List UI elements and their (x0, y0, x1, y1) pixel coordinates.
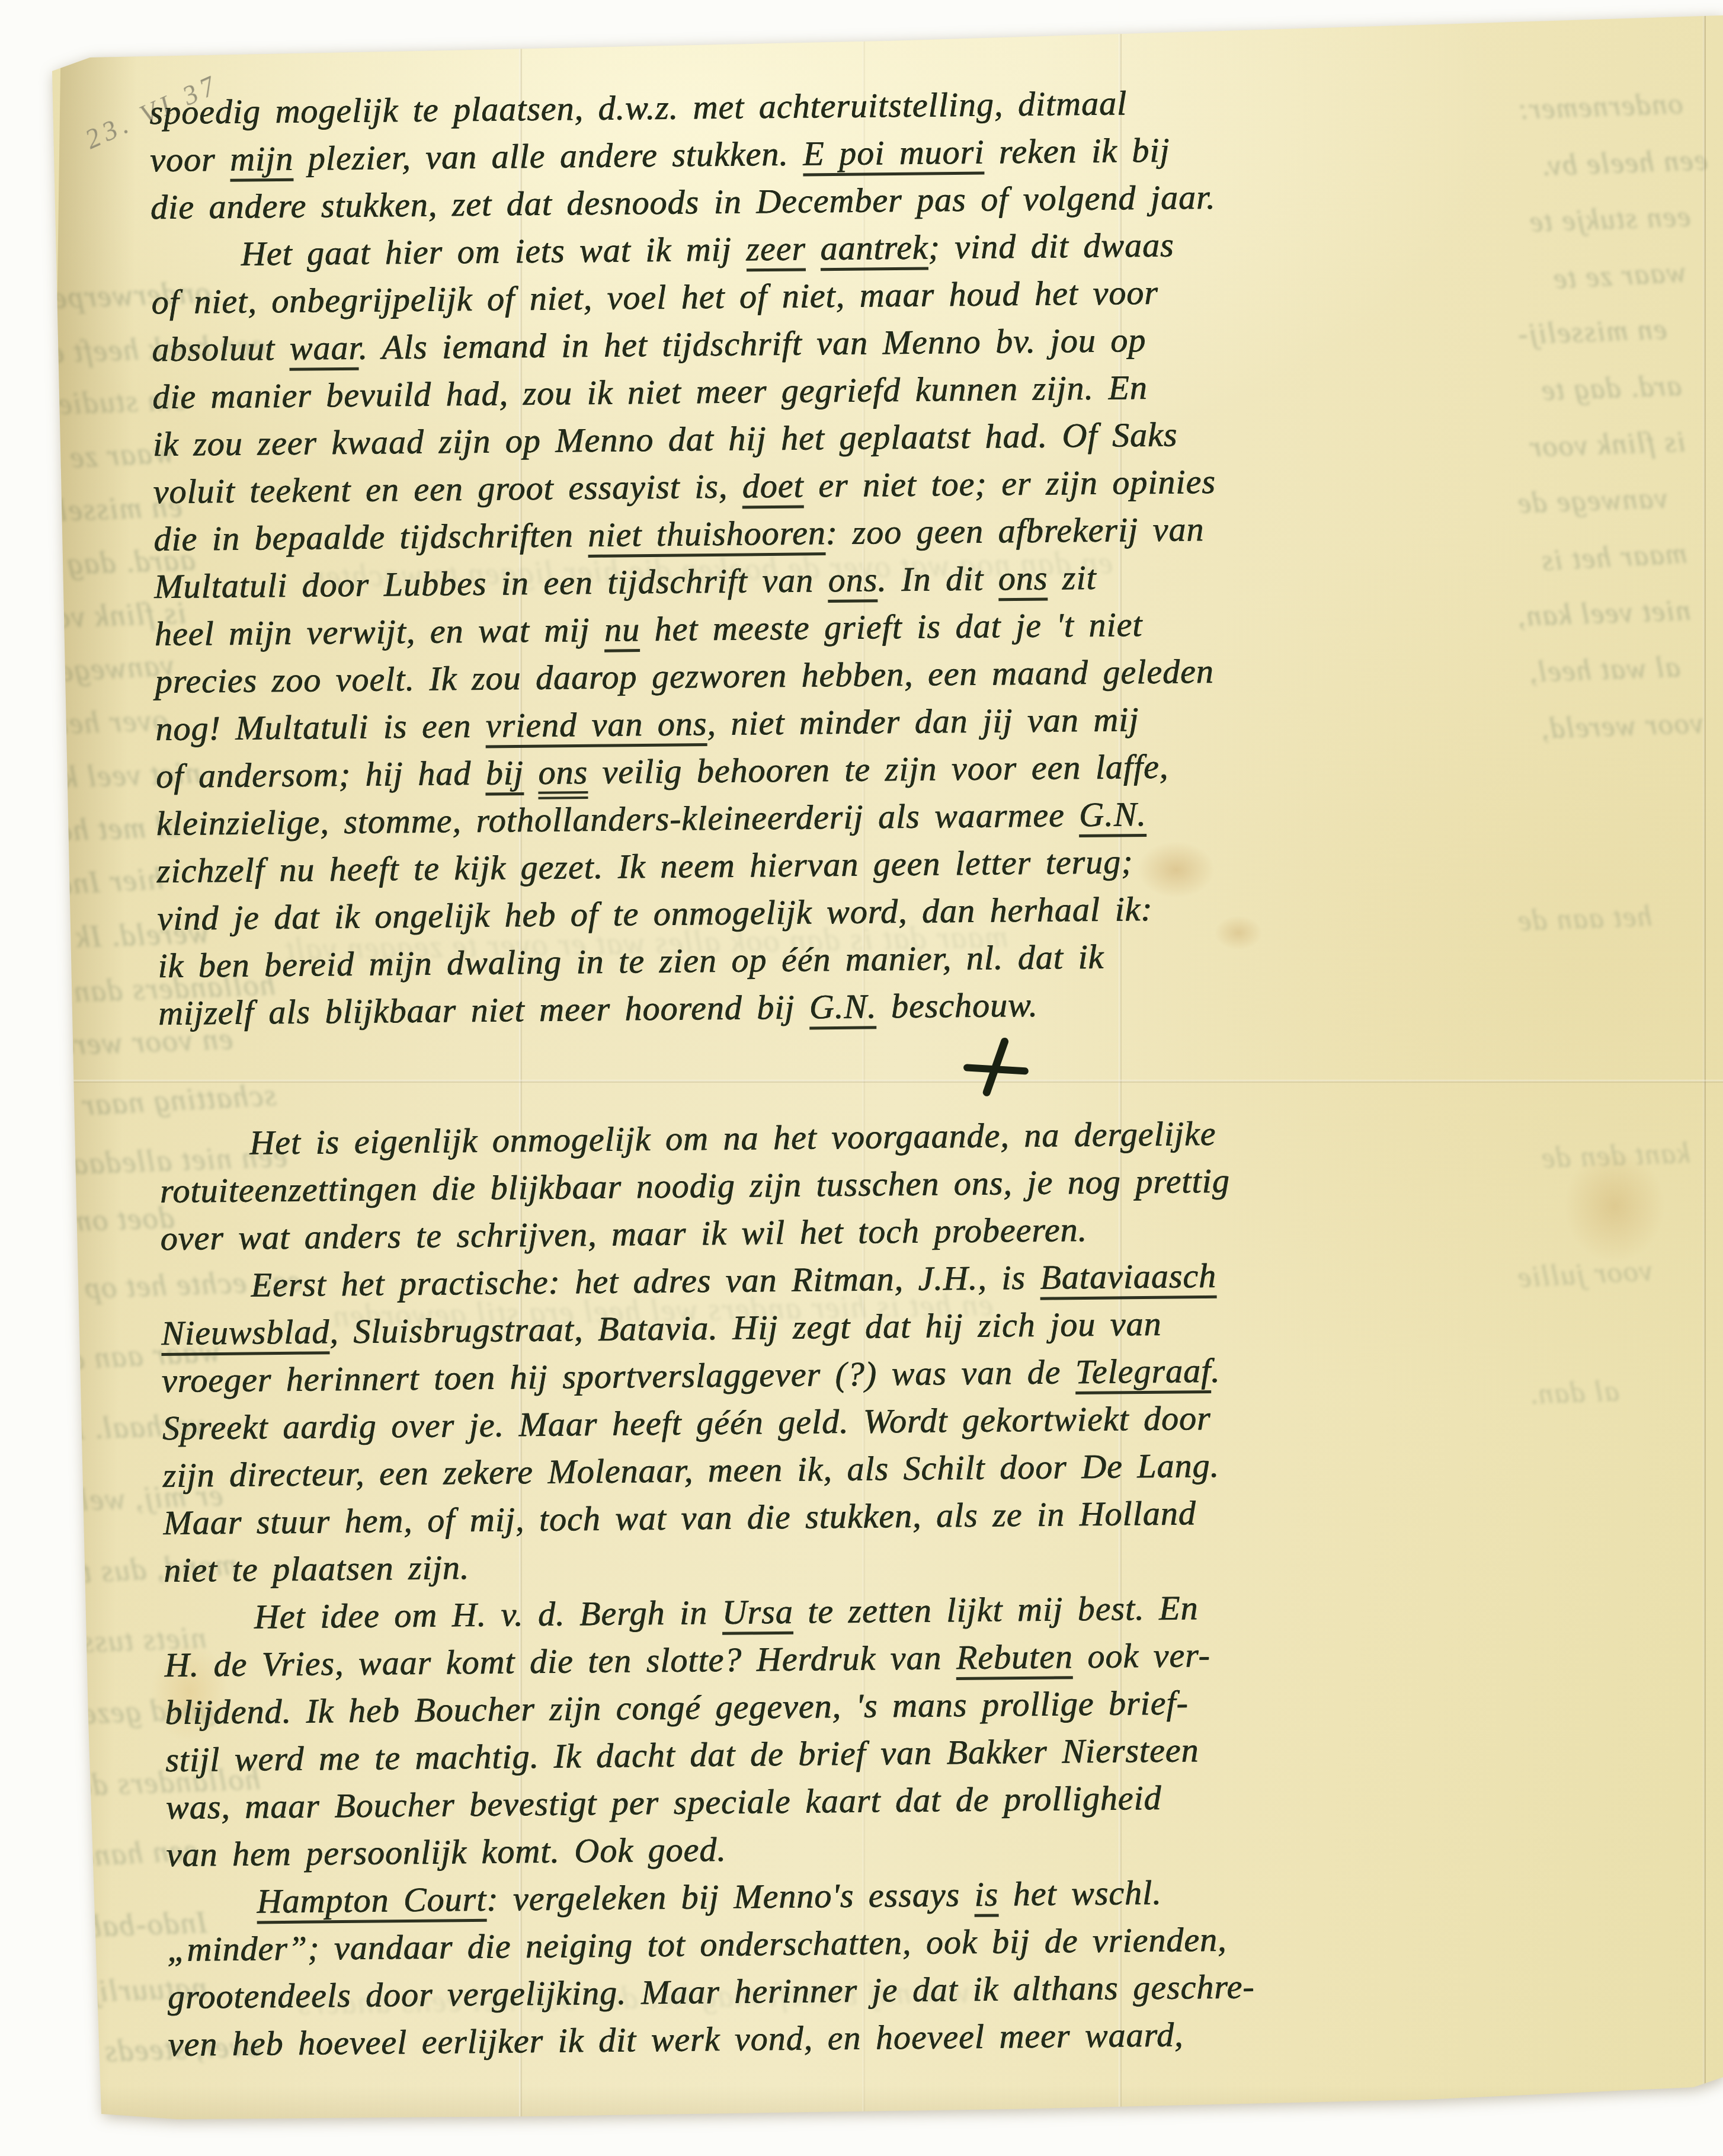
underlined-text: Ursa (722, 1592, 793, 1635)
text-run: , niet minder dan jij van mij (707, 700, 1139, 743)
text-run: die in bepaalde tijdschriften (153, 516, 588, 558)
text-run: Eerst het practische: het adres van Ritm… (251, 1258, 1040, 1304)
text-run: niet te plaatsen zijn. (164, 1548, 470, 1589)
text-run: mijzelf als blijkbaar niet meer hoorend … (158, 987, 809, 1032)
text-run: grootendeels door vergelijking. Maar her… (168, 1967, 1255, 2016)
underlined-text: Telegraaf (1075, 1351, 1211, 1394)
underlined-text: mijn (230, 139, 294, 182)
text-run: het wschl. (998, 1873, 1162, 1914)
text-run: zit (1048, 558, 1097, 597)
text-run: Multatuli door Lubbes in een tijdschrift… (154, 561, 828, 606)
underlined-text: ons (538, 753, 588, 799)
text-run: ik zou zeer kwaad zijn op Menno dat hij … (152, 415, 1177, 463)
underlined-text: E poi muori (803, 132, 985, 176)
text-run: „minder”; vandaar die neiging tot onders… (167, 1920, 1227, 1969)
text-run: zichzelf nu heeft te kijk gezet. Ik neem… (156, 842, 1133, 890)
text-run: die manier bevuild had, zou ik niet meer… (152, 368, 1148, 416)
underlined-text: G.N. (809, 987, 876, 1029)
text-run: Spreekt aardig over je. Maar heeft géén … (162, 1399, 1210, 1447)
text-run: of andersom; hij had (156, 754, 486, 795)
text-run: Het idee om H. v. d. Bergh in (254, 1593, 722, 1636)
text-run: ; vind dit dwaas (928, 225, 1174, 266)
section-divider-row (158, 1022, 1705, 1120)
text-run: Het gaat hier om iets wat ik mij (241, 229, 746, 273)
text-run: vind je dat ik ongelijk heb of te onmoge… (157, 890, 1153, 938)
text-run: ook ver- (1072, 1636, 1210, 1675)
letter-body: spoedig mogelijk te plaatsen, d.w.z. met… (149, 74, 1715, 2068)
text-run: Het is eigenlijk onmogelijk om na het vo… (249, 1114, 1216, 1162)
text-run: reken ik bij (984, 130, 1170, 171)
underlined-text: G.N. (1079, 795, 1146, 837)
text-run: van hem persoonlijk komt. Ook goed. (166, 1830, 726, 1874)
underlined-text: vriend van ons (485, 704, 707, 748)
text-run: ven heb hoeveel eerlijker ik dit werk vo… (168, 2015, 1183, 2063)
letter-paper: onderwerpen:een boek heeft enom studie t… (0, 0, 1723, 2156)
text-run: rotuiteenzettingen die blijkbaar noodig … (160, 1162, 1230, 1210)
text-run: vroeger herinnert toen hij sportverslagg… (162, 1352, 1075, 1400)
text-run: ik ben bereid mijn dwaling in te zien op… (158, 938, 1104, 985)
underlined-text: Nieuwsblad (161, 1312, 330, 1356)
text-run (523, 753, 538, 792)
underlined-text: zeer (746, 229, 806, 271)
underlined-text: niet thuishooren (588, 513, 826, 558)
text-run: precies zoo voelt. Ik zou daarop gezwore… (155, 652, 1214, 700)
underlined-text: is (974, 1874, 998, 1917)
text-run: nog! Multatuli is een (155, 706, 486, 748)
text-run: . (1211, 1351, 1221, 1390)
scan-background: onderwerpen:een boek heeft enom studie t… (0, 0, 1723, 2156)
text-run: Maar stuur hem, of mij, toch wat van die… (163, 1493, 1196, 1542)
text-run: H. de Vries, waar komt die ten slotte? H… (164, 1638, 956, 1684)
text-run: : vergeleken bij Menno's essays (486, 1875, 975, 1918)
text-run: of niet, onbegrijpelijk of niet, voel he… (151, 273, 1158, 321)
underlined-text: waar (289, 328, 359, 371)
text-run: was, maar Boucher bevestigt per speciale… (166, 1778, 1162, 1826)
text-run: blijdend. Ik heb Boucher zijn congé gege… (165, 1683, 1189, 1732)
underlined-text: bij (485, 753, 524, 796)
paper-edge-shading (71, 2086, 1723, 2128)
text-run: absoluut (152, 329, 290, 369)
text-run: kleinzielige, stomme, rothollanders-klei… (156, 795, 1080, 843)
text-run: zijn directeur, een zekere Molenaar, mee… (162, 1446, 1219, 1495)
text-run: stijl werd me te machtig. Ik dacht dat d… (165, 1730, 1199, 1779)
text-run: over wat anders te schrijven, maar ik wi… (160, 1210, 1087, 1258)
paper-stain (46, 1083, 64, 1098)
text-run: er niet toe; er zijn opinies (803, 462, 1216, 505)
text-run: die andere stukken, zet dat desnoods in … (150, 178, 1216, 226)
text-run: , Sluisbrugstraat, Batavia. Hij zegt dat… (329, 1304, 1162, 1351)
underlined-text: Bataviaasch (1040, 1256, 1216, 1300)
underlined-text: nu (604, 610, 640, 652)
underlined-text: Rebuten (956, 1637, 1073, 1680)
underlined-text: ons (828, 560, 877, 603)
underlined-text: aantrek (820, 228, 928, 271)
text-run: voor (150, 140, 230, 179)
underlined-text: doet (742, 466, 804, 508)
text-run: veilig behooren te zijn voor een laffe, (588, 747, 1169, 791)
underlined-text: Hampton Court (257, 1880, 486, 1924)
text-run: . Als iemand in het tijdschrift van Menn… (358, 321, 1146, 367)
text-run: : zoo geen afbrekerij van (825, 510, 1204, 552)
text-run: . In dit (877, 559, 998, 599)
text-run: voluit teekent en een groot essayist is, (153, 466, 742, 511)
text-run: te zetten lijkt mij best. En (793, 1588, 1198, 1631)
text-run: beschouw. (876, 986, 1038, 1026)
text-run (805, 229, 820, 267)
underlined-text: ons (998, 558, 1048, 601)
text-run: het meeste grieft is dat je 't niet (639, 605, 1142, 648)
text-run: spoedig mogelijk te plaatsen, d.w.z. met… (149, 84, 1127, 132)
x-mark-icon (963, 1036, 1030, 1099)
text-run: heel mijn verwijt, en wat mij (155, 610, 605, 653)
text-run: plezier, van alle andere stukken. (293, 134, 803, 177)
paper-shadow-wrap: onderwerpen:een boek heeft enom studie t… (0, 0, 1723, 2156)
